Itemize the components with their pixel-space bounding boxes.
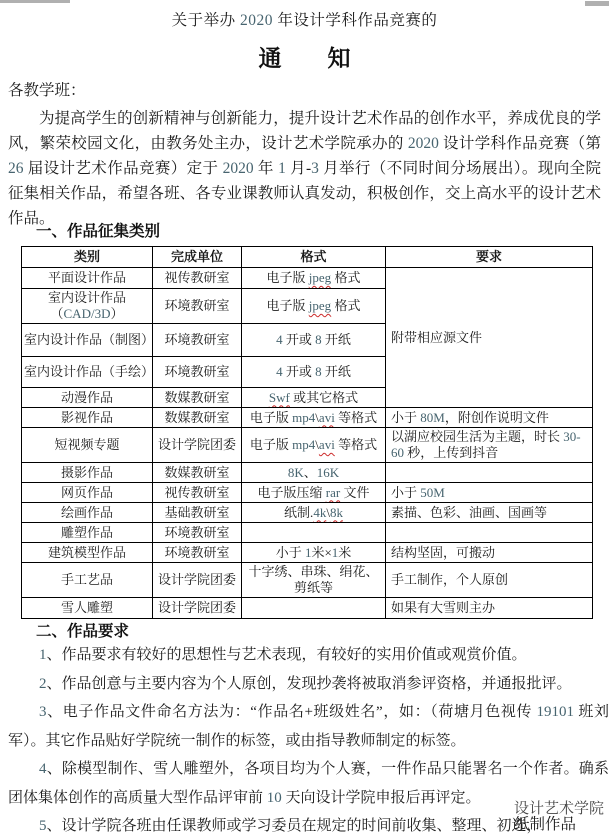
- table-cell: [242, 598, 386, 619]
- table-header-cell: 要求: [386, 247, 593, 268]
- table-cell: Swf 或其它格式: [242, 388, 386, 408]
- table-cell: 绘画作品: [22, 503, 153, 523]
- table-cell: 环境教研室: [153, 523, 242, 543]
- table-cell: 动漫作品: [22, 388, 153, 408]
- table-cell: 影视作品: [22, 408, 153, 428]
- table-cell: [386, 463, 593, 483]
- salutation: 各教学班：: [8, 78, 86, 100]
- table-header-row: 类别完成单位格式要求: [22, 247, 593, 268]
- item5-overflow-text: 纸制作品: [514, 812, 576, 834]
- table-cell: 网页作品: [22, 483, 153, 503]
- requirement-item: 3、电子作品文件命名方法为：“作品名+班级姓名”，如：（荷塘月色视传 19101…: [8, 698, 609, 755]
- table-cell: 附带相应源文件: [386, 268, 593, 408]
- table-row: 短视频专题设计学院团委电子版 mp4\avi 等格式以湖应校园生活为主题，时长 …: [22, 428, 593, 463]
- notice-heading: 通 知: [0, 40, 609, 73]
- table-cell: 素描、色彩、油画、国画等: [386, 503, 593, 523]
- latin-text-run: 3: [311, 160, 319, 177]
- works-table: 类别完成单位格式要求 平面设计作品视传教研室电子版 jpeg 格式附带相应源文件…: [21, 246, 593, 619]
- table-cell: 手工艺品: [22, 563, 153, 598]
- table-row: 手工艺品设计学院团委十字绣、串珠、绢花、剪纸等手工制作，个人原创: [22, 563, 593, 598]
- table-cell: 环境教研室: [153, 357, 242, 388]
- table-cell: 环境教研室: [153, 289, 242, 324]
- table-cell: 室内设计作品 （CAD/3D）: [22, 289, 153, 324]
- table-cell: 小于 1米×1米: [242, 543, 386, 563]
- top-right-edge-artifact: [585, 1, 609, 6]
- table-cell: 雪人雕塑: [22, 598, 153, 619]
- latin-text-run: 50M: [420, 485, 445, 500]
- table-row: 绘画作品基础教研室纸制.4k\8k素描、色彩、油画、国画等: [22, 503, 593, 523]
- latin-text-run: 4: [276, 364, 283, 379]
- latin-text-run: avi: [319, 437, 335, 452]
- table-cell: 小于 50M: [386, 483, 593, 503]
- latin-text-run: 5: [39, 818, 47, 834]
- latin-text-run: 4k: [313, 505, 326, 520]
- table-cell: 视传教研室: [153, 268, 242, 289]
- table-cell: 视传教研室: [153, 483, 242, 503]
- latin-text-run: 8: [315, 332, 322, 347]
- table-cell: 环境教研室: [153, 324, 242, 357]
- table-cell: [242, 523, 386, 543]
- table-row: 雕塑作品环境教研室: [22, 523, 593, 543]
- table-cell: 十字绣、串珠、绢花、剪纸等: [242, 563, 386, 598]
- table-cell: 设计学院团委: [153, 598, 242, 619]
- latin-text-run: 8k: [330, 505, 343, 520]
- latin-text-run: 16K: [317, 465, 339, 480]
- latin-text-run: mp4: [292, 410, 315, 425]
- table-cell: 设计学院团委: [153, 563, 242, 598]
- table-header-cell: 完成单位: [153, 247, 242, 268]
- latin-text-run: 8K: [288, 465, 304, 480]
- latin-text-run: 1: [39, 647, 47, 663]
- table-cell: 数媒教研室: [153, 388, 242, 408]
- table-cell: 数媒教研室: [153, 463, 242, 483]
- latin-text-run: 10: [267, 790, 282, 806]
- latin-text-run: 2020: [223, 160, 254, 177]
- section-heading-collection-categories: 一、作品征集类别: [36, 219, 160, 241]
- table-cell: 电子版压缩 rar 文件: [242, 483, 386, 503]
- table-cell: 短视频专题: [22, 428, 153, 463]
- latin-text-run: jpeg: [309, 270, 331, 285]
- latin-text-run: avi: [319, 410, 335, 425]
- latin-text-run: 4: [276, 332, 283, 347]
- table-cell: 手工制作，个人原创: [386, 563, 593, 598]
- table-cell: 电子版 mp4\avi 等格式: [242, 428, 386, 463]
- top-left-edge-artifact: [0, 0, 70, 3]
- notice-document: 关于举办 2020 年设计学科作品竞赛的 通 知 各教学班： 为提高学生的创新精…: [0, 0, 609, 836]
- table-cell: 建筑模型作品: [22, 543, 153, 563]
- requirement-item: 2、作品创意与主要内容为个人原创，发现抄袭将被取消参评资格，并通报批评。: [8, 670, 609, 699]
- table-cell: 纸制.4k\8k: [242, 503, 386, 523]
- table-row: 网页作品视传教研室电子版压缩 rar 文件小于 50M: [22, 483, 593, 503]
- latin-text-run: 19101: [536, 704, 574, 720]
- table-row: 影视作品数媒教研室电子版 mp4\avi 等格式小于 80M，附创作说明文件: [22, 408, 593, 428]
- table-cell: 电子版 mp4\avi 等格式: [242, 408, 386, 428]
- section-heading-work-requirements: 二、作品要求: [36, 619, 129, 641]
- table-cell: 设计学院团委: [153, 428, 242, 463]
- table-cell: 以湖应校园生活为主题，时长 30-60 秒，上传到抖音: [386, 428, 593, 463]
- table-cell: 结构坚固，可搬动: [386, 543, 593, 563]
- table-cell: 环境教研室: [153, 543, 242, 563]
- latin-text-run: 4: [39, 761, 47, 777]
- table-header-cell: 格式: [242, 247, 386, 268]
- intro-paragraph: 为提高学生的创新精神与创新能力，提升设计艺术作品的创作水平，养成优良的学风，繁荣…: [8, 106, 601, 231]
- table-cell: 基础教研室: [153, 503, 242, 523]
- table-row: 摄影作品数媒教研室8K、16K: [22, 463, 593, 483]
- table-row: 雪人雕塑设计学院团委如果有大雪则主办: [22, 598, 593, 619]
- latin-text-run: 2020: [408, 135, 439, 152]
- table-cell: 8K、16K: [242, 463, 386, 483]
- table-row: 建筑模型作品环境教研室小于 1米×1米结构坚固，可搬动: [22, 543, 593, 563]
- latin-text-run: Swf: [269, 390, 290, 405]
- latin-text-run: 3: [39, 704, 47, 720]
- table-header-cell: 类别: [22, 247, 153, 268]
- table-cell: 平面设计作品: [22, 268, 153, 289]
- latin-text-run: 80M: [420, 410, 445, 425]
- document-title: 关于举办 2020 年设计学科作品竞赛的: [0, 8, 609, 30]
- table-cell: 如果有大雪则主办: [386, 598, 593, 619]
- table-cell: 数媒教研室: [153, 408, 242, 428]
- table-cell: [386, 523, 593, 543]
- latin-text-run: 26: [8, 160, 24, 177]
- table-cell: 室内设计作品（制图）: [22, 324, 153, 357]
- latin-text-run: CAD/3D: [64, 306, 111, 321]
- table-cell: 电子版 jpeg 格式: [242, 289, 386, 324]
- table-cell: 小于 80M，附创作说明文件: [386, 408, 593, 428]
- table-cell: 雕塑作品: [22, 523, 153, 543]
- latin-text-run: rar: [326, 485, 340, 500]
- latin-text-run: 2020: [240, 12, 273, 29]
- latin-text-run: 1: [332, 545, 339, 560]
- table-cell: 4 开或 8 开纸: [242, 324, 386, 357]
- table-cell: 摄影作品: [22, 463, 153, 483]
- latin-text-run: 30-60: [391, 429, 581, 460]
- table-cell: 4 开或 8 开纸: [242, 357, 386, 388]
- table-cell: 室内设计作品（手绘）: [22, 357, 153, 388]
- latin-text-run: 2: [39, 676, 47, 692]
- table-cell: 电子版 jpeg 格式: [242, 268, 386, 289]
- latin-text-run: 8: [315, 364, 322, 379]
- table-row: 平面设计作品视传教研室电子版 jpeg 格式附带相应源文件: [22, 268, 593, 289]
- latin-text-run: 1: [278, 160, 286, 177]
- latin-text-run: 1: [305, 545, 312, 560]
- latin-text-run: jpeg: [309, 298, 331, 313]
- latin-text-run: mp4: [292, 437, 315, 452]
- requirement-item: 1、作品要求有较好的思想性与艺术表现，有较好的实用价值或观赏价值。: [8, 641, 609, 670]
